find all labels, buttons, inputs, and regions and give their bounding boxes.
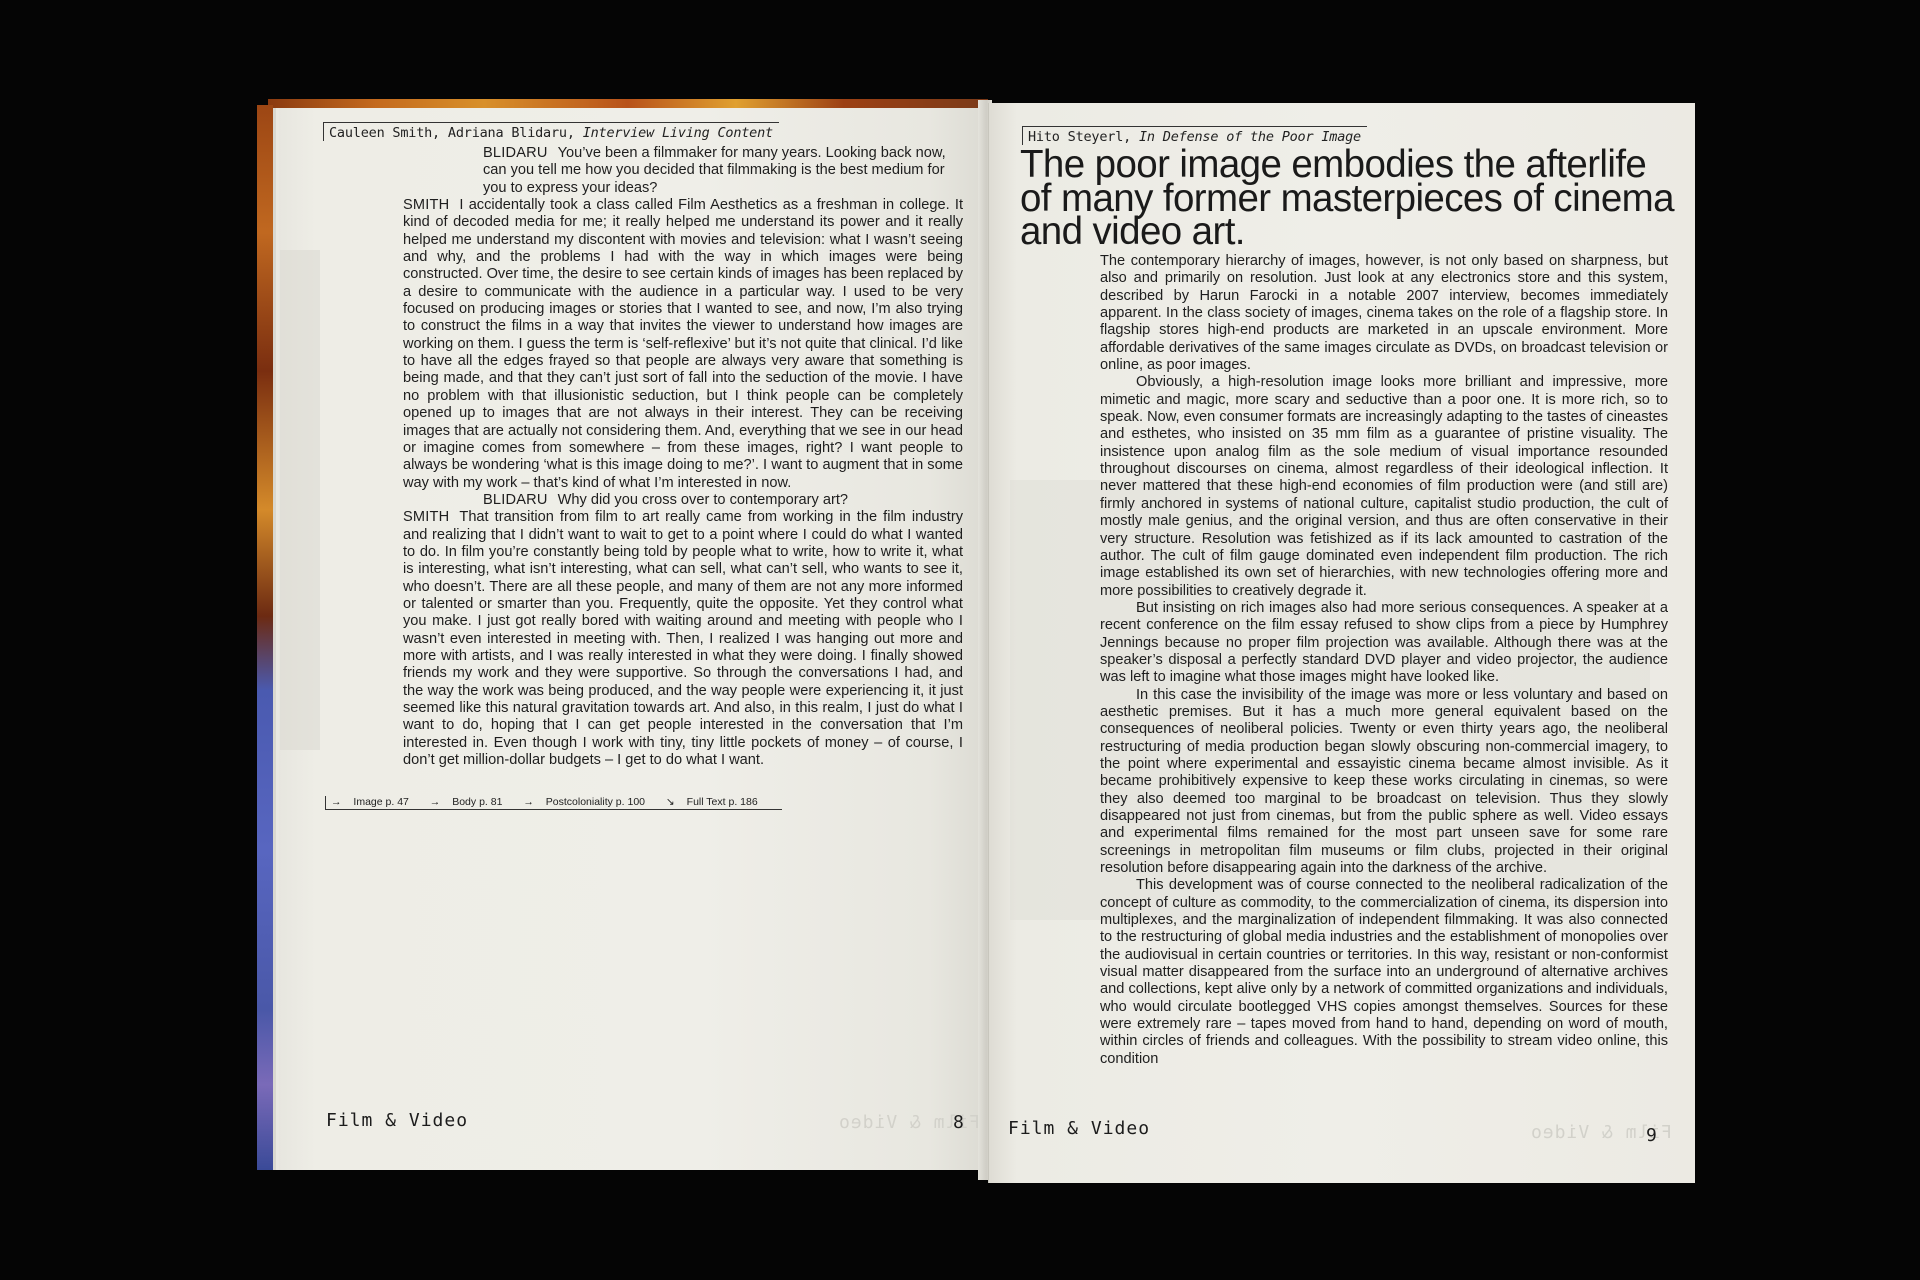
body-paragraph: In this case the invisibility of the ima… (1100, 687, 1668, 878)
interview-answer: SMITHI accidentally took a class called … (403, 197, 963, 492)
arrow-right-icon: → (430, 796, 441, 808)
arrow-right-icon: → (331, 796, 342, 808)
body-paragraph: But insisting on rich images also had mo… (1100, 600, 1668, 687)
body-paragraph: The contemporary hierarchy of images, ho… (1100, 253, 1668, 374)
speaker-label: SMITH (403, 197, 449, 213)
right-page-body: The contemporary hierarchy of images, ho… (1100, 253, 1668, 1068)
left-page-number: 8 (953, 1112, 964, 1133)
interview-question: BLIDARUWhy did you cross over to contemp… (403, 492, 963, 509)
cross-ref-full-text[interactable]: ↘ Full Text p. 186 (666, 796, 767, 808)
speaker-label: BLIDARU (483, 145, 548, 161)
body-paragraph: This development was of course connected… (1100, 877, 1668, 1068)
interview-answer: SMITHThat transition from film to art re… (403, 509, 963, 769)
running-head-authors: Cauleen Smith, Adriana Blidaru, (329, 125, 583, 141)
right-footer-section: Film & Video (1008, 1118, 1150, 1139)
show-through-text (280, 250, 320, 750)
left-running-head: Cauleen Smith, Adriana Blidaru, Intervie… (323, 122, 779, 141)
cross-reference-bar: → Image p. 47 → Body p. 81 → Postcolonia… (325, 796, 782, 810)
running-head-title: Interview Living Content (583, 125, 773, 141)
interview-question: BLIDARUYou’ve been a filmmaker for many … (403, 145, 963, 197)
left-footer-section: Film & Video (326, 1110, 468, 1131)
body-paragraph: Obviously, a high-resolution image looks… (1100, 374, 1668, 599)
right-page-number: 9 (1646, 1125, 1657, 1146)
cross-ref-postcoloniality[interactable]: → Postcoloniality p. 100 (523, 796, 654, 808)
arrow-down-right-icon: ↘ (666, 796, 675, 808)
cross-ref-image[interactable]: → Image p. 47 (331, 796, 418, 808)
speaker-label: SMITH (403, 509, 449, 525)
pull-quote-headline: The poor image embodies the afterlife of… (1020, 148, 1680, 249)
book-cover-left-edge (257, 105, 273, 1170)
left-page-body: BLIDARUYou’ve been a filmmaker for many … (403, 145, 963, 769)
speaker-label: BLIDARU (483, 492, 548, 508)
cross-ref-body[interactable]: → Body p. 81 (430, 796, 512, 808)
arrow-right-icon: → (523, 796, 534, 808)
